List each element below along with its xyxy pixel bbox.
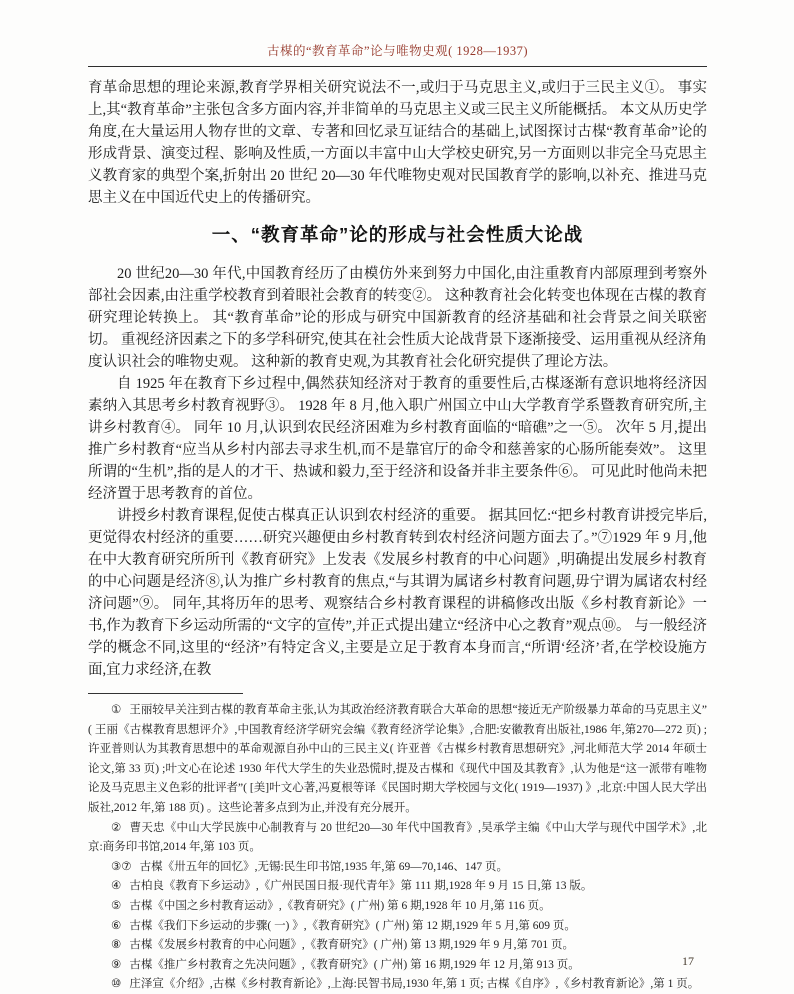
footnote-text: 古楳《中国之乡村教育运动》,《教育研究》( 广州) 第 6 期,1928 年 1… [129,900,550,912]
footnote-marker: ③⑦ [111,861,132,873]
page-number: 17 [682,954,694,969]
footnotes-block: ①王丽较早关注到古楳的教育革命主张,认为其政治经济教育联合大革命的思想“接近无产… [88,701,707,994]
footnote-item: ⑩庄泽宣《介绍》,古楳《乡村教育新论》,上海:民智书局,1930 年,第 1 页… [88,975,707,994]
footnote-marker: ① [111,704,121,716]
footnote-item: ⑥古楳《我们下乡运动的步骤( 一) 》,《教育研究》( 广州) 第 12 期,1… [88,917,707,937]
footnote-marker: ⑤ [111,900,121,912]
opening-paragraph: 育革命思想的理论来源,教育学界相关研究说法不一,或归于马克思主义,或归于三民主义… [88,77,707,209]
running-head-title: 古楳的“教育革命”论与唯物史观( 1928—1937) [88,41,707,59]
footnote-marker: ② [111,822,122,834]
footnote-marker: ④ [111,880,121,892]
header-rule [88,66,707,67]
footnote-text: 古楳《我们下乡运动的步骤( 一) 》,《教育研究》( 广州) 第 12 期,19… [129,920,576,932]
footnote-text: 王丽较早关注到古楳的教育革命主张,认为其政治经济教育联合大革命的思想“接近无产阶… [88,704,707,814]
footnote-marker: ⑥ [111,920,121,932]
footnote-text: 庄泽宣《介绍》,古楳《乡村教育新论》,上海:民智书局,1930 年,第 1 页;… [129,978,699,990]
footnote-item: ③⑦古楳《卅五年的回忆》,无锡:民生印书馆,1935 年,第 69—70,146… [88,858,707,878]
section-heading: 一、“教育革命”论的形成与社会性质大论战 [88,224,707,246]
paper-page: 古楳的“教育革命”论与唯物史观( 1928—1937) 育革命思想的理论来源,教… [0,0,794,994]
footnote-item: ⑧古楳《发展乡村教育的中心问题》,《教育研究》( 广州) 第 13 期,1929… [88,936,707,956]
footnote-text: 曹天忠《中山大学民族中心制教育与 20 世纪20—30 年代中国教育》,吴承学主… [88,822,707,854]
footnote-item: ④古柏良《教育下乡运动》,《广州民国日报·现代青年》第 111 期,1928 年… [88,877,707,897]
footnote-marker: ⑨ [111,959,121,971]
footnote-text: 古楳《发展乡村教育的中心问题》,《教育研究》( 广州) 第 13 期,1929 … [129,939,574,951]
body-paragraph: 自 1925 年在教育下乡过程中,偶然获知经济对于教育的重要性后,古楳逐渐有意识… [88,373,707,505]
footnote-marker: ⑧ [111,939,121,951]
footnote-marker: ⑩ [111,978,121,990]
body-paragraph: 讲授乡村教育课程,促使古楳真正认识到农村经济的重要。 据其回忆:“把乡村教育讲授… [88,505,707,681]
footnote-text: 古楳《卅五年的回忆》,无锡:民生印书馆,1935 年,第 69—70,146、1… [140,861,508,873]
footnote-separator [88,693,243,694]
footnote-text: 古柏良《教育下乡运动》,《广州民国日报·现代青年》第 111 期,1928 年 … [129,880,592,892]
footnote-item: ⑨古楳《推广乡村教育之先决问题》,《教育研究》( 广州) 第 16 期,1929… [88,956,707,976]
footnote-item: ②曹天忠《中山大学民族中心制教育与 20 世纪20—30 年代中国教育》,吴承学… [88,819,707,858]
footnote-item: ⑤古楳《中国之乡村教育运动》,《教育研究》( 广州) 第 6 期,1928 年 … [88,897,707,917]
footnote-text: 古楳《推广乡村教育之先决问题》,《教育研究》( 广州) 第 16 期,1929 … [129,959,579,971]
body-paragraph: 20 世纪20—30 年代,中国教育经历了由模仿外来到努力中国化,由注重教育内部… [88,263,707,373]
footnote-item: ①王丽较早关注到古楳的教育革命主张,认为其政治经济教育联合大革命的思想“接近无产… [88,701,707,819]
article-body: 育革命思想的理论来源,教育学界相关研究说法不一,或归于马克思主义,或归于三民主义… [88,77,707,681]
